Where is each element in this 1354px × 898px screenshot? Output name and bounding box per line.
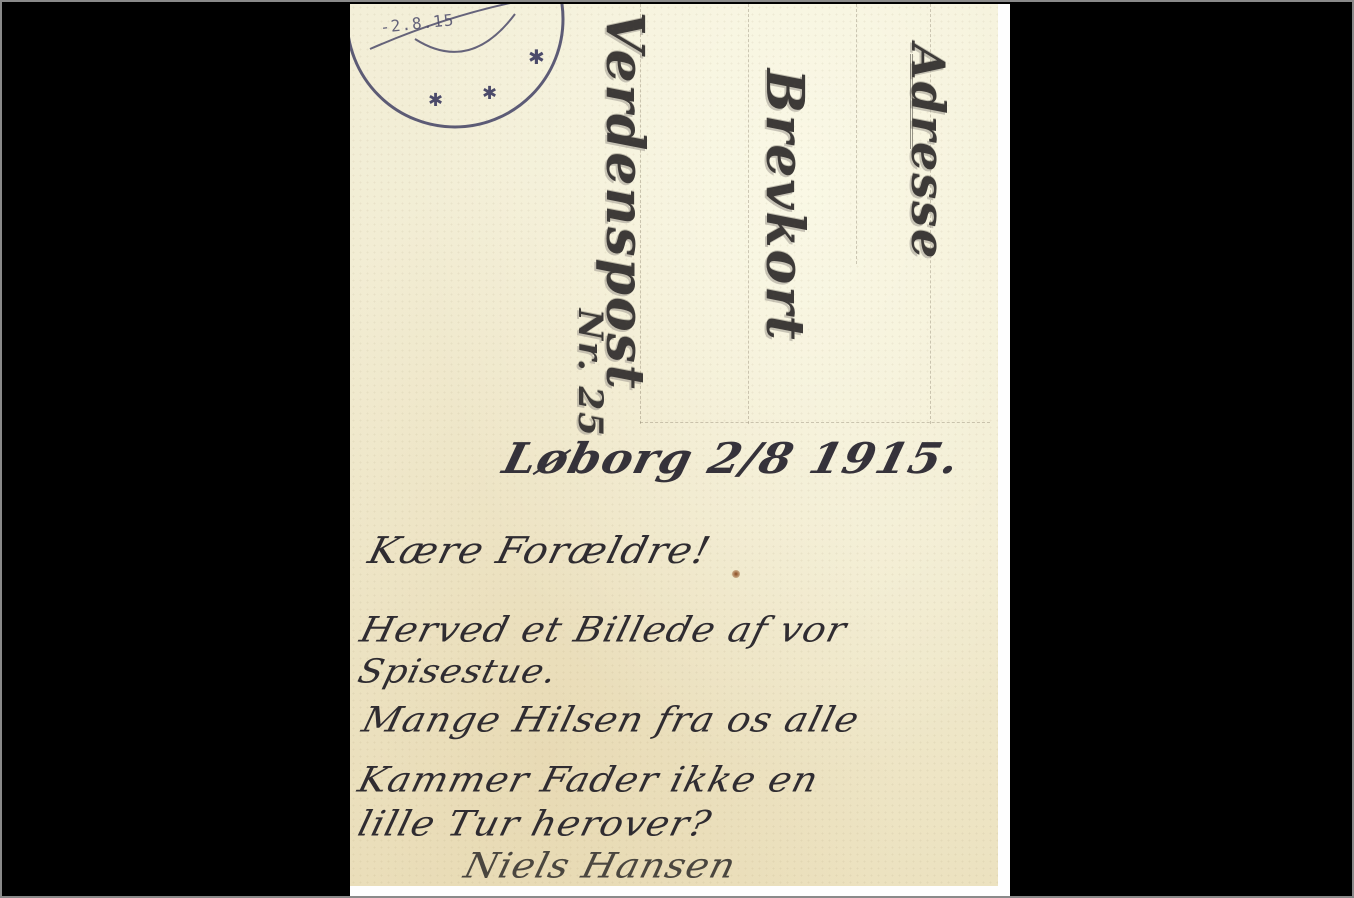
svg-text:✱: ✱ bbox=[428, 90, 443, 111]
postmark-stamp: ✱ ✱ ✱ -2.8.15 bbox=[350, 4, 570, 134]
paper-stain bbox=[732, 570, 740, 578]
printed-title-heading: Verdenspost bbox=[594, 12, 655, 391]
divider-line bbox=[856, 4, 857, 264]
printed-card-label: Brevkort bbox=[754, 69, 815, 342]
letter-line: Spisestue. bbox=[354, 653, 561, 691]
letter-line: lille Tur herover? bbox=[354, 804, 716, 844]
letter-greeting: Kære Forældre! bbox=[364, 530, 715, 572]
place-date-line: Løborg 2/8 1915. bbox=[498, 433, 966, 483]
letter-line: Kammer Fader ikke en bbox=[354, 760, 823, 800]
divider-line bbox=[748, 4, 749, 424]
svg-text:✱: ✱ bbox=[482, 83, 497, 104]
svg-text:✱: ✱ bbox=[528, 45, 545, 69]
divider-line bbox=[640, 422, 990, 423]
letter-line: Mange Hilsen fra os alle bbox=[358, 700, 864, 740]
letter-line: Herved et Billede af vor bbox=[356, 610, 851, 650]
postcard: ✱ ✱ ✱ -2.8.15 Nr. 25 Verdenspost Brevkor… bbox=[350, 4, 1010, 896]
decorative-flourish bbox=[910, 54, 925, 149]
image-frame: ✱ ✱ ✱ -2.8.15 Nr. 25 Verdenspost Brevkor… bbox=[0, 0, 1354, 898]
letter-signature: Niels Hansen bbox=[460, 846, 740, 886]
postcard-paper: ✱ ✱ ✱ -2.8.15 Nr. 25 Verdenspost Brevkor… bbox=[350, 4, 998, 886]
